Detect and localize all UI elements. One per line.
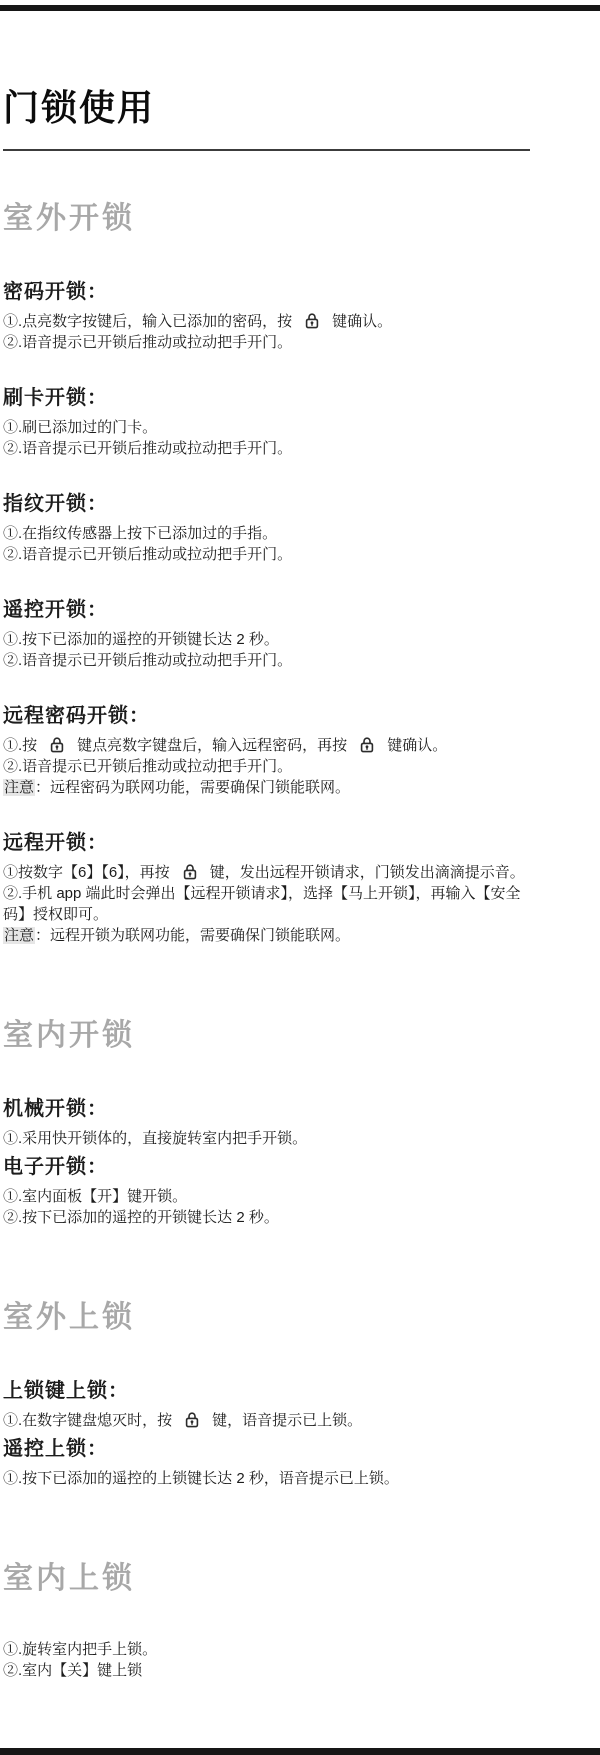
step-text: ①.点亮数字按键后，输入已添加的密码，按 <box>3 313 292 330</box>
step-line: ②.语音提示已开锁后推动或拉动把手开门。 <box>3 756 540 777</box>
step-line: ①.刷已添加过的门卡。 <box>3 417 540 438</box>
step-line: ②.语音提示已开锁后推动或拉动把手开门。 <box>3 544 540 565</box>
step-text: ①按数字【6】【6】，再按 <box>3 864 170 881</box>
block-remote-ctrl-unlock: 遥控开锁： ①.按下已添加的遥控的开锁键长达 2 秒。 ②.语音提示已开锁后推动… <box>3 597 540 671</box>
section-outdoor-unlock: 室外开锁 密码开锁： ①.点亮数字按键后，输入已添加的密码，按 键确认。 ②.语… <box>3 201 540 946</box>
block-mechanical-unlock: 机械开锁： ①.采用快开锁体的，直接旋转室内把手开锁。 <box>3 1096 540 1149</box>
document-content: 门锁使用 室外开锁 密码开锁： ①.点亮数字按键后，输入已添加的密码，按 键确认… <box>3 0 540 1681</box>
subheading-remote-password-unlock: 远程密码开锁： <box>3 703 540 729</box>
block-remote-unlock: 远程开锁： ①按数字【6】【6】，再按 键，发出远程开锁请求，门锁发出滴滴提示音… <box>3 830 540 946</box>
step-line: ②.手机 app 端此时会弹出【远程开锁请求】，选择【马上开锁】，再输入【安全码… <box>3 883 540 925</box>
block-electronic-unlock: 电子开锁： ①.室内面板【开】键开锁。 ②.按下已添加的遥控的开锁键长达 2 秒… <box>3 1154 540 1228</box>
subheading-password-unlock: 密码开锁： <box>3 279 540 305</box>
step-line: ①.在指纹传感器上按下已添加过的手指。 <box>3 523 540 544</box>
lock-key-icon <box>50 736 64 753</box>
step-line: ①.按下已添加的遥控的开锁键长达 2 秒。 <box>3 629 540 650</box>
note-label: 注意 <box>3 927 35 944</box>
lock-key-icon <box>183 863 197 880</box>
step-text: 键点亮数字键盘后，输入远程密码，再按 <box>77 737 347 754</box>
block-lockkey-lock: 上锁键上锁： ①.在数字键盘熄灭时，按 键，语音提示已上锁。 <box>3 1378 540 1431</box>
subheading-mechanical-unlock: 机械开锁： <box>3 1096 540 1122</box>
section-outdoor-lock: 室外上锁 上锁键上锁： ①.在数字键盘熄灭时，按 键，语音提示已上锁。 遥控上锁… <box>3 1300 540 1489</box>
step-line: ①按数字【6】【6】，再按 键，发出远程开锁请求，门锁发出滴滴提示音。 <box>3 862 540 883</box>
step-line: ②.语音提示已开锁后推动或拉动把手开门。 <box>3 438 540 459</box>
section-heading-outdoor-unlock: 室外开锁 <box>3 201 540 237</box>
lock-key-icon <box>305 312 319 329</box>
document-page: 门锁使用 室外开锁 密码开锁： ①.点亮数字按键后，输入已添加的密码，按 键确认… <box>0 0 600 1755</box>
bottom-border-bar <box>0 1748 600 1755</box>
step-text: ①.在数字键盘熄灭时，按 <box>3 1412 172 1429</box>
lock-key-icon <box>360 736 374 753</box>
section-indoor-unlock: 室内开锁 机械开锁： ①.采用快开锁体的，直接旋转室内把手开锁。 电子开锁： ①… <box>3 1018 540 1228</box>
note-label: 注意 <box>3 779 35 796</box>
subheading-fingerprint-unlock: 指纹开锁： <box>3 491 540 517</box>
section-heading-indoor-lock: 室内上锁 <box>3 1561 540 1597</box>
section-indoor-lock: 室内上锁 ①.旋转室内把手上锁。 ②.室内【关】键上锁 <box>3 1561 540 1681</box>
block-password-unlock: 密码开锁： ①.点亮数字按键后，输入已添加的密码，按 键确认。 ②.语音提示已开… <box>3 279 540 353</box>
step-line: ②.语音提示已开锁后推动或拉动把手开门。 <box>3 650 540 671</box>
note-line: 注意：远程开锁为联网功能，需要确保门锁能联网。 <box>3 925 540 946</box>
subheading-card-unlock: 刷卡开锁： <box>3 385 540 411</box>
title-divider <box>3 149 530 151</box>
step-line: ②.语音提示已开锁后推动或拉动把手开门。 <box>3 332 540 353</box>
step-line: ①.在数字键盘熄灭时，按 键，语音提示已上锁。 <box>3 1410 540 1431</box>
subheading-remote-ctrl-unlock: 遥控开锁： <box>3 597 540 623</box>
step-line: ②.室内【关】键上锁 <box>3 1660 540 1681</box>
block-card-unlock: 刷卡开锁： ①.刷已添加过的门卡。 ②.语音提示已开锁后推动或拉动把手开门。 <box>3 385 540 459</box>
step-line: ②.按下已添加的遥控的开锁键长达 2 秒。 <box>3 1207 540 1228</box>
step-line: ①.采用快开锁体的，直接旋转室内把手开锁。 <box>3 1128 540 1149</box>
step-text: 键确认。 <box>332 313 392 330</box>
step-line: ①.室内面板【开】键开锁。 <box>3 1186 540 1207</box>
lock-key-icon <box>185 1411 199 1428</box>
subheading-electronic-unlock: 电子开锁： <box>3 1154 540 1180</box>
subheading-remote-unlock: 远程开锁： <box>3 830 540 856</box>
step-line: ①.按下已添加的遥控的上锁键长达 2 秒，语音提示已上锁。 <box>3 1468 540 1489</box>
step-text: 键，语音提示已上锁。 <box>212 1412 362 1429</box>
block-remote-lock: 遥控上锁： ①.按下已添加的遥控的上锁键长达 2 秒，语音提示已上锁。 <box>3 1436 540 1489</box>
step-line: ①.旋转室内把手上锁。 <box>3 1639 540 1660</box>
note-line: 注意：远程密码为联网功能，需要确保门锁能联网。 <box>3 777 540 798</box>
step-text: 键确认。 <box>387 737 447 754</box>
note-text: ：远程密码为联网功能，需要确保门锁能联网。 <box>35 779 350 796</box>
block-indoor-lock-steps: ①.旋转室内把手上锁。 ②.室内【关】键上锁 <box>3 1639 540 1681</box>
subheading-lockkey-lock: 上锁键上锁： <box>3 1378 540 1404</box>
step-text: 键，发出远程开锁请求，门锁发出滴滴提示音。 <box>210 864 525 881</box>
note-text: ：远程开锁为联网功能，需要确保门锁能联网。 <box>35 927 350 944</box>
block-remote-password-unlock: 远程密码开锁： ①.按 键点亮数字键盘后，输入远程密码，再按 键确认。 ②.语音… <box>3 703 540 798</box>
block-fingerprint-unlock: 指纹开锁： ①.在指纹传感器上按下已添加过的手指。 ②.语音提示已开锁后推动或拉… <box>3 491 540 565</box>
section-heading-outdoor-lock: 室外上锁 <box>3 1300 540 1336</box>
step-line: ①.点亮数字按键后，输入已添加的密码，按 键确认。 <box>3 311 540 332</box>
page-title: 门锁使用 <box>3 86 540 129</box>
step-text: ①.按 <box>3 737 37 754</box>
subheading-remote-lock: 遥控上锁： <box>3 1436 540 1462</box>
section-heading-indoor-unlock: 室内开锁 <box>3 1018 540 1054</box>
step-line: ①.按 键点亮数字键盘后，输入远程密码，再按 键确认。 <box>3 735 540 756</box>
